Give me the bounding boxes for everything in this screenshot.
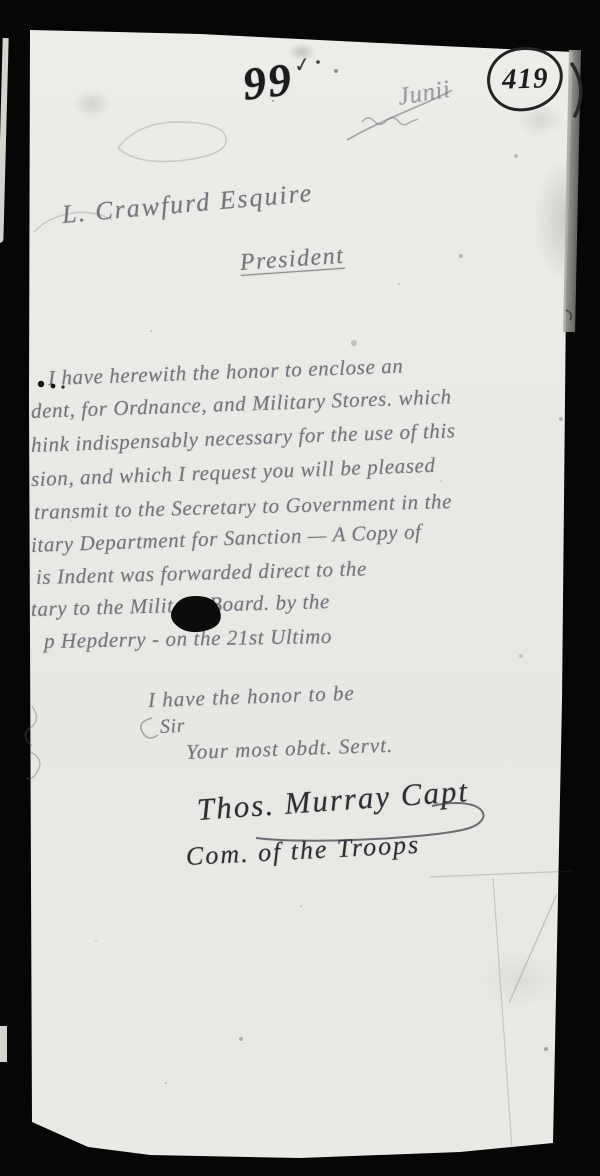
body-line: p Hepderry - on the 21st Ultimo (44, 624, 332, 654)
scanned-letter-screenshot: 99 ✓ Junii L. Crawfurd Esquire President… (0, 0, 600, 1176)
body-line: hink indispensably necessary for the use… (31, 418, 456, 458)
signature-name: Thos. Murray Capt (196, 773, 470, 828)
body-line: I have herewith the honor to enclose an (48, 354, 404, 391)
checkmark-icon: ✓ (292, 51, 313, 79)
recipient-title: President (239, 243, 345, 277)
docket-month-note: Junii (396, 76, 453, 112)
closing-servant-line: Your most obdt. Servt. (186, 733, 394, 765)
body-line: is Indent was forwarded direct to the (36, 556, 368, 590)
letter-page: 99 ✓ Junii L. Crawfurd Esquire President… (0, 0, 600, 1176)
paper-speckles (0, 0, 2, 2)
closing-honor-line: I have the honor to be (148, 681, 356, 713)
body-line: tary to the Military Board. by the (31, 589, 331, 622)
archive-page-stamp: 419 (501, 62, 549, 97)
adjacent-page-edge-top (0, 38, 9, 243)
closing-sir-line: Sir (159, 715, 185, 739)
folio-number: 99 (240, 52, 296, 111)
body-line: dent, for Ordnance, and Military Stores.… (31, 384, 453, 424)
recipient-line: L. Crawfurd Esquire (61, 178, 315, 230)
body-line: sion, and which I request you will be pl… (31, 453, 436, 492)
adjacent-page-edge-bottom (0, 1026, 7, 1062)
signature-title: Com. of the Troops (185, 830, 421, 872)
body-line: itary Department for Sanction — A Copy o… (31, 519, 422, 558)
